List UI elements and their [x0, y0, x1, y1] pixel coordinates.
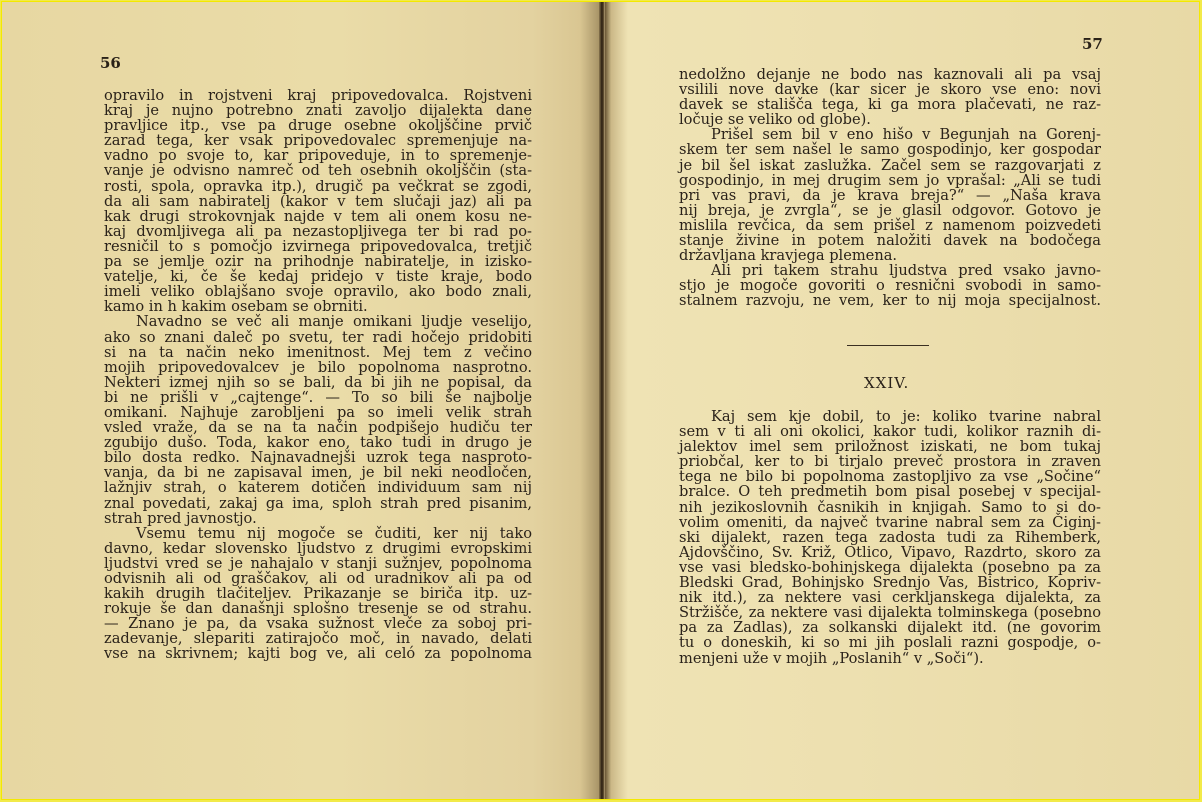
- text-line: Stržišče, za nektere vasi dijalekta tolm…: [679, 605, 1101, 620]
- text-line: pri vas pravi, da je krava breja?“ — „Na…: [679, 188, 1101, 203]
- text-line: državljana kravjega plemena.: [679, 248, 1101, 263]
- text-line: kaj dvomljivega ali pa nezastopljivega t…: [104, 224, 532, 239]
- paragraph: Kaj sem kje dobil, to je: koliko tvarine…: [679, 409, 1101, 666]
- text-line: opravilo in rojstveni kraj pripovedovalc…: [104, 88, 532, 103]
- right-page-body-bottom: Kaj sem kje dobil, to je: koliko tvarine…: [679, 409, 1101, 666]
- text-line: rosti, spola, opravka itp.), drugič pa v…: [104, 179, 532, 194]
- text-line: odvisnih ali od graščakov, ali od uradni…: [104, 571, 532, 586]
- text-line: vsled vraže, da se na ta način podpišejo…: [104, 420, 532, 435]
- text-line: pravljice itp., vse pa druge osebne okol…: [104, 118, 532, 133]
- text-line: davno, kedar slovensko ljudstvo z drugim…: [104, 541, 532, 556]
- text-line: ljudstvi vred se je nahajalo v stanji su…: [104, 556, 532, 571]
- text-line: Nekteri izmej njih so se bali, da bi jih…: [104, 375, 532, 390]
- text-line: bilo dosta redko. Najnavadnejši uzrok te…: [104, 450, 532, 465]
- text-line: ako so znani daleč po svetu, ter radi ho…: [104, 330, 532, 345]
- paragraph: Vsemu temu nij mogoče se čuditi, ker nij…: [104, 526, 532, 662]
- text-line: Bledski Grad, Bohinjsko Srednjo Vas, Bis…: [679, 575, 1101, 590]
- text-line: imeli veliko oblajšano svoje opravilo, a…: [104, 284, 532, 299]
- right-page-body-top: nedolžno dejanje ne bodo nas kaznovali a…: [679, 67, 1101, 309]
- text-line: vadno po svoje to, kar pripoveduje, in t…: [104, 148, 532, 163]
- text-line: gospodinjo, in mej drugim sem jo vprašal…: [679, 173, 1101, 188]
- text-line: zarad tega, ker vsak pripovedovalec spre…: [104, 133, 532, 148]
- text-line: vse na skrivnem; kajti bog ve, ali celó …: [104, 646, 532, 661]
- text-line: kakih drugih tlačiteljev. Prikazanje se …: [104, 586, 532, 601]
- text-line: Kaj sem kje dobil, to je: koliko tvarine…: [679, 409, 1101, 424]
- text-line: omikani. Najhuje zarobljeni pa so imeli …: [104, 405, 532, 420]
- paragraph: nedolžno dejanje ne bodo nas kaznovali a…: [679, 67, 1101, 127]
- text-line: jalektov imel sem priložnost iziskati, n…: [679, 439, 1101, 454]
- text-line: kraj je nujno potrebno znati zavoljo dij…: [104, 103, 532, 118]
- paragraph: Ali pri takem strahu ljudstva pred vsako…: [679, 263, 1101, 308]
- text-line: tu o doneskih, ki so mi jih poslali razn…: [679, 635, 1101, 650]
- text-line: si na ta način neko imenitnost. Mej tem …: [104, 345, 532, 360]
- text-line: Prišel sem bil v eno hišo v Begunjah na …: [679, 127, 1101, 142]
- text-line: Navadno se več ali manje omikani ljudje …: [104, 314, 532, 329]
- text-line: vse vasi bledsko-bohinjskega dijalekta (…: [679, 560, 1101, 575]
- text-line: bralce. O teh predmetih bom pisal posebe…: [679, 484, 1101, 499]
- book-spine: [599, 2, 605, 799]
- text-line: stanje živine in potem naložiti davek na…: [679, 233, 1101, 248]
- text-line: rokuje še dan današnji splošno tresenje …: [104, 601, 532, 616]
- left-page: 56 opravilo in rojstveni kraj pripovedov…: [2, 2, 604, 799]
- text-line: kamo in h kakim osebam se obrniti.: [104, 299, 532, 314]
- text-line: strah pred javnostjo.: [104, 511, 532, 526]
- text-line: znal povedati, zakaj ga ima, sploh strah…: [104, 496, 532, 511]
- text-line: resničil to s pomočjo izvirnega pripoved…: [104, 239, 532, 254]
- paragraph: Prišel sem bil v eno hišo v Begunjah na …: [679, 127, 1101, 263]
- section-divider-rule: [847, 345, 929, 346]
- book-spread: 56 opravilo in rojstveni kraj pripovedov…: [1, 1, 1200, 800]
- text-line: da ali sam nabiratelj (kakor v tem sluča…: [104, 194, 532, 209]
- text-line: mojih pripovedovalcev je bilo popolnoma …: [104, 360, 532, 375]
- text-line: bi ne prišli v „cajtenge“. — To so bili …: [104, 390, 532, 405]
- text-line: menjeni uže v mojih „Poslanih“ v „Soči“)…: [679, 651, 1101, 666]
- paragraph: Navadno se več ali manje omikani ljudje …: [104, 314, 532, 525]
- text-line: Vsemu temu nij mogoče se čuditi, ker nij…: [104, 526, 532, 541]
- text-line: Ali pri takem strahu ljudstva pred vsako…: [679, 263, 1101, 278]
- text-line: nik itd.), za nektere vasi cerkljanskega…: [679, 590, 1101, 605]
- text-line: vanja, da bi ne zapisaval imen, je bil n…: [104, 465, 532, 480]
- text-line: — Znano je pa, da vsaka sužnost vleče za…: [104, 616, 532, 631]
- text-line: tega ne bilo bi popolnoma zastopljivo za…: [679, 469, 1101, 484]
- text-line: je bil šel iskat zaslužka. Začel sem se …: [679, 158, 1101, 173]
- paragraph: opravilo in rojstveni kraj pripovedovalc…: [104, 88, 532, 314]
- left-page-number: 56: [100, 54, 121, 72]
- text-line: davek se stališča tega, ki ga mora plače…: [679, 97, 1101, 112]
- text-line: stalnem razvoju, ne vem, ker to nij moja…: [679, 293, 1101, 308]
- text-line: skem ter sem našel le samo gospodinjo, k…: [679, 142, 1101, 157]
- text-line: ločuje se veliko od globe).: [679, 112, 1101, 127]
- text-line: zgubijo dušo. Toda, kakor eno, tako tudi…: [104, 435, 532, 450]
- chapter-heading: XXIV.: [864, 374, 909, 392]
- text-line: kak drugi strokovnjak najde v tem ali on…: [104, 209, 532, 224]
- text-line: zadevanje, slepariti zatirajočo moč, in …: [104, 631, 532, 646]
- text-line: sem v ti ali oni okolici, kakor tudi, ko…: [679, 424, 1101, 439]
- text-line: vsilili nove davke (kar sicer je skoro v…: [679, 82, 1101, 97]
- text-line: stjo je mogoče govoriti o resnični svobo…: [679, 278, 1101, 293]
- text-line: nedolžno dejanje ne bodo nas kaznovali a…: [679, 67, 1101, 82]
- text-line: vatelje, ki, če še kedaj pridejo v tiste…: [104, 269, 532, 284]
- text-line: mislila revčica, da sem prišel z namenom…: [679, 218, 1101, 233]
- text-line: pa za Zadlas), za solkanski dijalekt itd…: [679, 620, 1101, 635]
- text-line: pa se jemlje ozir na prihodnje nabiratel…: [104, 254, 532, 269]
- text-line: Ajdovščino, Sv. Križ, Otlico, Vipavo, Ra…: [679, 545, 1101, 560]
- text-line: nij breja, je zvrgla“, se je glasil odgo…: [679, 203, 1101, 218]
- left-page-body: opravilo in rojstveni kraj pripovedovalc…: [104, 88, 532, 662]
- text-line: vanje je odvisno namreč od teh osebnih o…: [104, 163, 532, 178]
- text-line: nih jezikoslovnih časnikih in knjigah. S…: [679, 500, 1101, 515]
- text-line: volim omeniti, da največ tvarine nabral …: [679, 515, 1101, 530]
- text-line: lažnjiv strah, o katerem dotičen individ…: [104, 480, 532, 495]
- text-line: ski dijalekt, razen tega zadosta tudi za…: [679, 530, 1101, 545]
- text-line: priobčal, ker to bi tirjalo preveč prost…: [679, 454, 1101, 469]
- right-page-number: 57: [1082, 35, 1103, 53]
